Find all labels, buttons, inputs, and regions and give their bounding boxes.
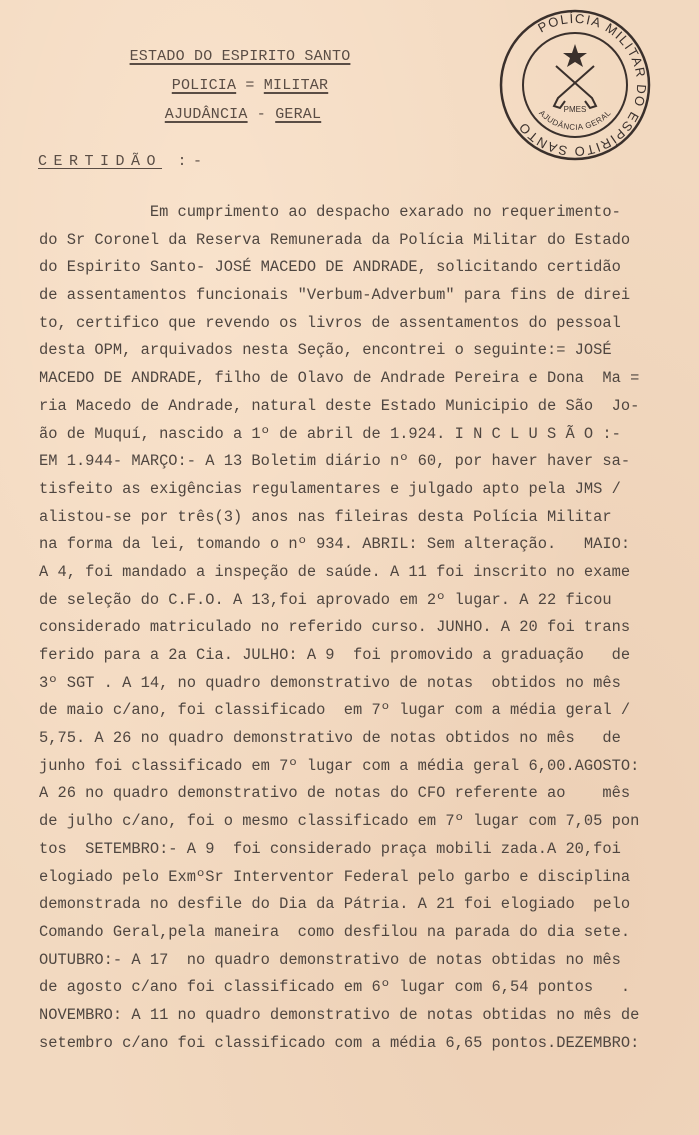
text-line: tos SETEMBRO:- A 9 foi considerado praça… [39,836,689,864]
text-line: Em cumprimento ao despacho exarado no re… [39,199,689,227]
text-line: ria Macedo de Andrade, natural deste Est… [39,393,689,421]
text-line: do Espirito Santo- JOSÉ MACEDO DE ANDRAD… [39,254,689,282]
text-line: A 4, foi mandado a inspeção de saúde. A … [39,559,689,587]
text-line: ão de Muquí, nascido a 1º de abril de 1.… [39,421,689,449]
document-letterhead: ESTADO DO ESPIRITO SANTO POLICIA = MILIT… [0,42,480,129]
official-seal-stamp: POLÍCIA MILITAR DO ESPÍRITO SANTO PMES A… [496,6,654,164]
text-line: de seleção do C.F.O. A 13,foi aprovado e… [39,587,689,615]
star-icon [563,44,587,67]
text-line: junho foi classificado em 7º lugar com a… [39,753,689,781]
text-line: 3º SGT . A 14, no quadro demonstrativo d… [39,670,689,698]
text-line: to, certifico que revendo os livros de a… [39,310,689,338]
text-line: ferido para a 2a Cia. JULHO: A 9 foi pro… [39,642,689,670]
text-line: demonstrada no desfile do Dia da Pátria.… [39,891,689,919]
text-line: elogiado pelo ExmºSr Interventor Federal… [39,864,689,892]
text-line: na forma da lei, tomando o nº 934. ABRIL… [39,531,689,559]
crossed-pistols-icon [554,66,596,108]
text-line: do Sr Coronel da Reserva Remunerada da P… [39,227,689,255]
text-line: considerado matriculado no referido curs… [39,614,689,642]
text-line: alistou-se por três(3) anos nas fileiras… [39,504,689,532]
seal-icon: POLÍCIA MILITAR DO ESPÍRITO SANTO PMES A… [496,6,654,164]
letterhead-department: AJUDÂNCIA - GERAL [0,100,480,129]
text-line: 5,75. A 26 no quadro demonstrativo de no… [39,725,689,753]
text-line: Comando Geral,pela maneira como desfilou… [39,919,689,947]
text-line: desta OPM, arquivados nesta Seção, encon… [39,337,689,365]
svg-text:PMES: PMES [564,105,587,114]
text-line: EM 1.944- MARÇO:- A 13 Boletim diário nº… [39,448,689,476]
text-line: setembro c/ano foi classificado com a mé… [39,1030,689,1058]
text-line: tisfeito as exigências regulamentares e … [39,476,689,504]
text-line: OUTUBRO:- A 17 no quadro demonstrativo d… [39,947,689,975]
letterhead-police: POLICIA = MILITAR [0,71,480,100]
text-line: de maio c/ano, foi classificado em 7º lu… [39,697,689,725]
text-line: MACEDO DE ANDRADE, filho de Olavo de And… [39,365,689,393]
text-line: de agosto c/ano foi classificado em 6º l… [39,974,689,1002]
text-line: de julho c/ano, foi o mesmo classificado… [39,808,689,836]
document-title: CERTIDÃO :- [38,153,209,170]
text-line: NOVEMBRO: A 11 no quadro demonstrativo d… [39,1002,689,1030]
text-line: de assentamentos funcionais "Verbum-Adve… [39,282,689,310]
letterhead-state: ESTADO DO ESPIRITO SANTO [0,42,480,71]
certificate-body: Em cumprimento ao despacho exarado no re… [39,199,689,1057]
text-line: A 26 no quadro demonstrativo de notas do… [39,780,689,808]
